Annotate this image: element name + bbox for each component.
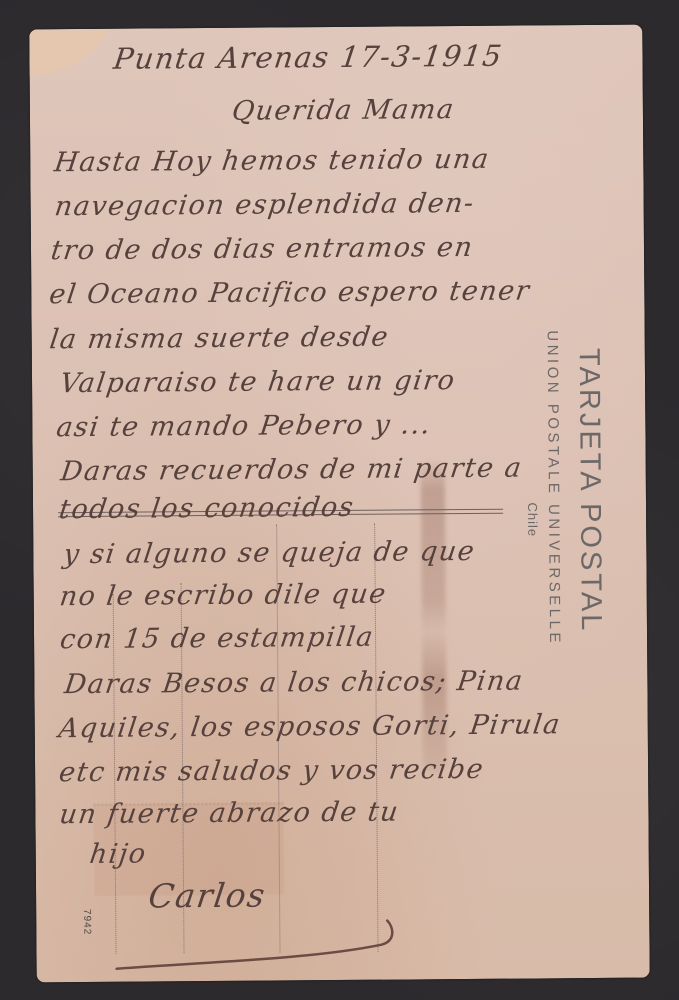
letter-line: no le escribo dile que	[58, 579, 389, 613]
letter-line: Aquiles, los esposos Gorti, Pirula	[57, 709, 563, 744]
letter-line: etc mis saludos y vos recibe	[57, 754, 486, 788]
letter-line: navegacion esplendida den-	[53, 188, 477, 222]
letter-line: la misma suerte desde	[48, 322, 391, 356]
letter-line: Valparaiso te hare un giro	[58, 365, 457, 399]
tarjeta-postal-heading: TARJETA POSTAL	[572, 348, 607, 634]
serial-number: 7942	[81, 909, 92, 935]
signature-flourish	[111, 917, 401, 979]
letter-line: Daras recuerdos de mi parte a	[59, 453, 525, 488]
letter-line: Daras Besos a los chicos; Pina	[63, 666, 526, 701]
country-caption: Chile	[525, 502, 540, 537]
letter-line: con 15 de estampilla	[58, 622, 376, 655]
letter-line: asi te mando Pebero y ...	[55, 409, 434, 443]
place-date: Punta Arenas 17-3-1915	[112, 39, 505, 76]
letter-line: hijo	[88, 839, 149, 870]
letter-line: todos los conocidos	[57, 492, 356, 525]
salutation: Querida Mama	[230, 94, 457, 127]
letter-line: tro de dos dias entramos en	[49, 232, 475, 266]
signature: Carlos	[146, 876, 268, 916]
letter-line: un fuerte abrazo de tu	[58, 797, 402, 831]
postcard-back: TARJETA POSTAL UNION POSTALE UNIVERSELLE…	[29, 25, 649, 983]
peeled-corner	[29, 29, 109, 90]
letter-line: y si alguno se queja de que	[62, 536, 478, 570]
letter-line: el Oceano Pacifico espero tener	[47, 275, 532, 310]
letter-line: Hasta Hoy hemos tenido una	[52, 144, 491, 178]
upu-caption: UNION POSTALE UNIVERSELLE	[544, 330, 563, 646]
